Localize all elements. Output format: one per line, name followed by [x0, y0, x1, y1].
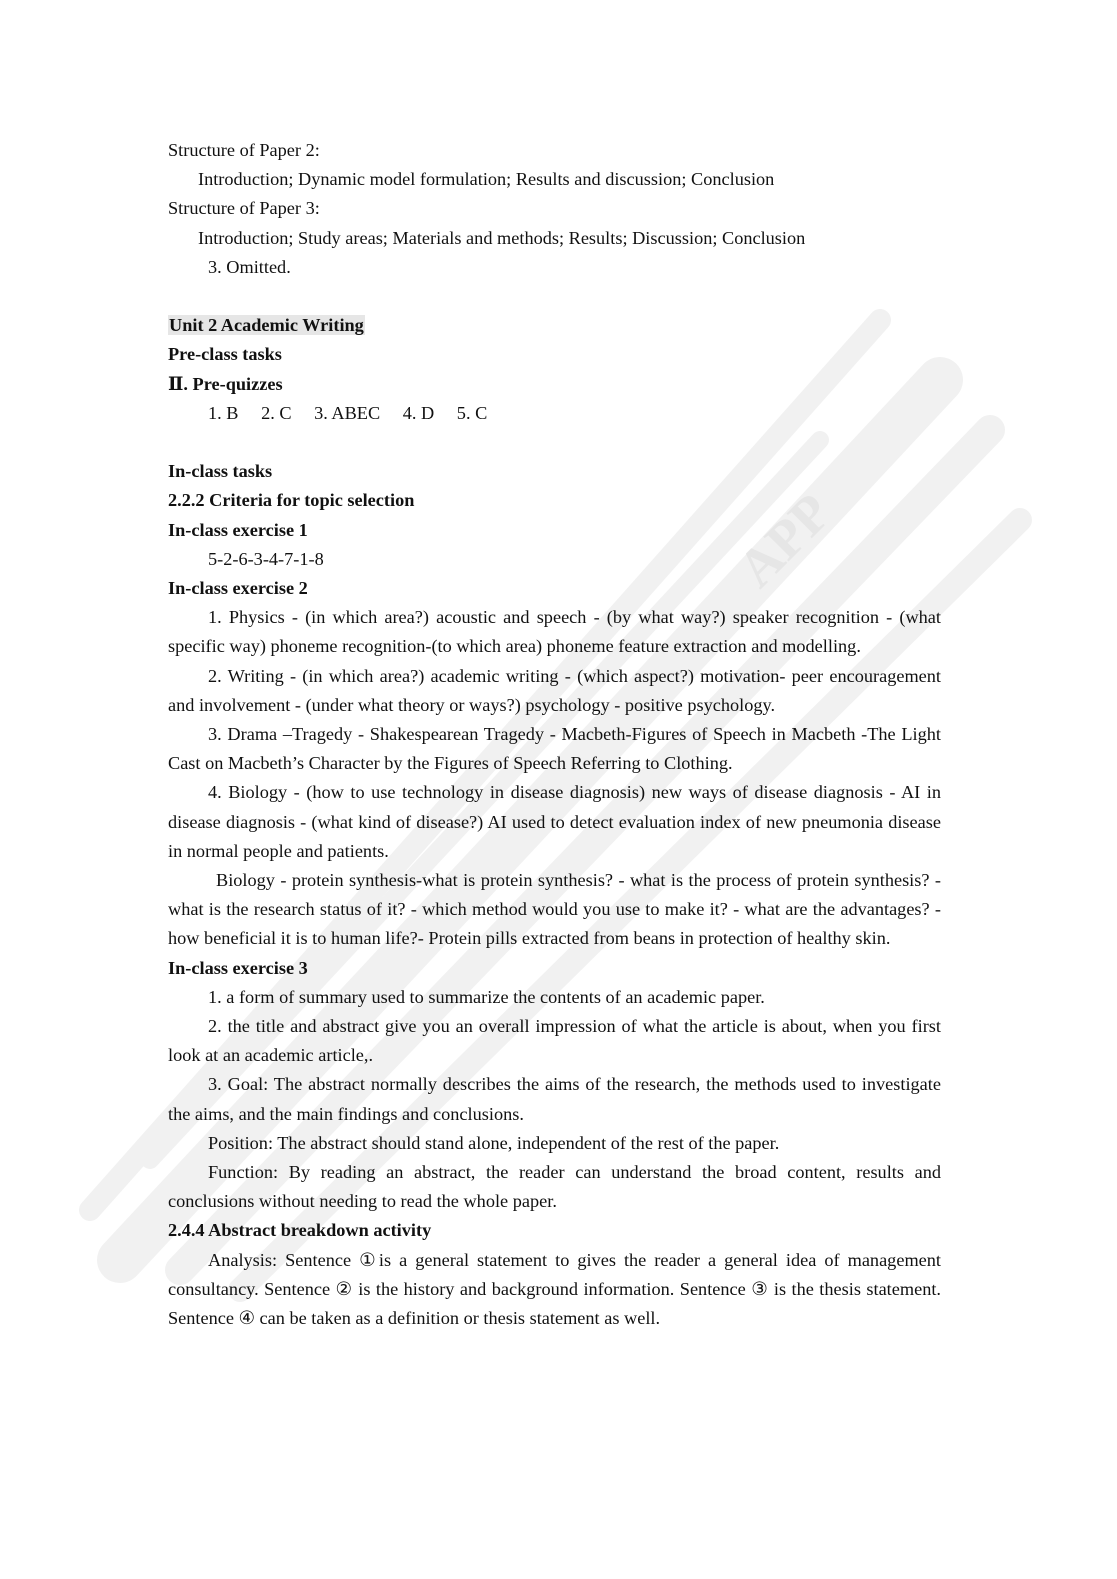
exercise2-item: 2. Writing - (in which area?) academic w…: [168, 662, 941, 720]
exercise1-answer: 5-2-6-3-4-7-1-8: [168, 545, 941, 574]
quiz-answer: 5. C: [457, 403, 487, 423]
quiz-answer: 1. B: [208, 403, 238, 423]
abstract-analysis: Analysis: Sentence ①is a general stateme…: [168, 1246, 941, 1334]
paper2-structure-label: Structure of Paper 2:: [168, 136, 941, 165]
paper3-structure-label: Structure of Paper 3:: [168, 194, 941, 223]
exercise2-item: 1. Physics - (in which area?) acoustic a…: [168, 603, 941, 661]
exercise1-heading: In-class exercise 1: [168, 516, 941, 545]
quiz-answer: 4. D: [403, 403, 434, 423]
in-class-heading: In-class tasks: [168, 457, 941, 486]
exercise3-item: Position: The abstract should stand alon…: [168, 1129, 941, 1158]
exercise2-item: 3. Drama –Tragedy - Shakespearean Traged…: [168, 720, 941, 778]
section-222-heading: 2.2.2 Criteria for topic selection: [168, 486, 941, 515]
exercise3-item: Function: By reading an abstract, the re…: [168, 1158, 941, 1216]
exercise2-heading: In-class exercise 2: [168, 574, 941, 603]
exercise3-item: 2. the title and abstract give you an ov…: [168, 1012, 941, 1070]
paper3-structure-sections: Introduction; Study areas; Materials and…: [168, 224, 941, 253]
quiz-answer: 2. C: [261, 403, 291, 423]
exercise2-item: Biology - protein synthesis-what is prot…: [168, 866, 941, 954]
exercise3-heading: In-class exercise 3: [168, 954, 941, 983]
exercise3-item: 1. a form of summary used to summarize t…: [168, 983, 941, 1012]
section-244-heading: 2.4.4 Abstract breakdown activity: [168, 1216, 941, 1245]
pre-quizzes-heading: Ⅱ. Pre-quizzes: [168, 370, 941, 399]
exercise2-item: 4. Biology - (how to use technology in d…: [168, 778, 941, 866]
paper2-structure-sections: Introduction; Dynamic model formulation;…: [168, 165, 941, 194]
pre-class-heading: Pre-class tasks: [168, 340, 941, 369]
document-page: Structure of Paper 2: Introduction; Dyna…: [168, 136, 941, 1333]
quiz-answer: 3. ABEC: [314, 403, 380, 423]
unit-title: Unit 2 Academic Writing: [168, 315, 365, 335]
omitted-note: 3. Omitted.: [168, 253, 941, 282]
exercise3-item: 3. Goal: The abstract normally describes…: [168, 1070, 941, 1128]
quiz-answers: 1. B 2. C 3. ABEC 4. D 5. C: [168, 399, 941, 428]
